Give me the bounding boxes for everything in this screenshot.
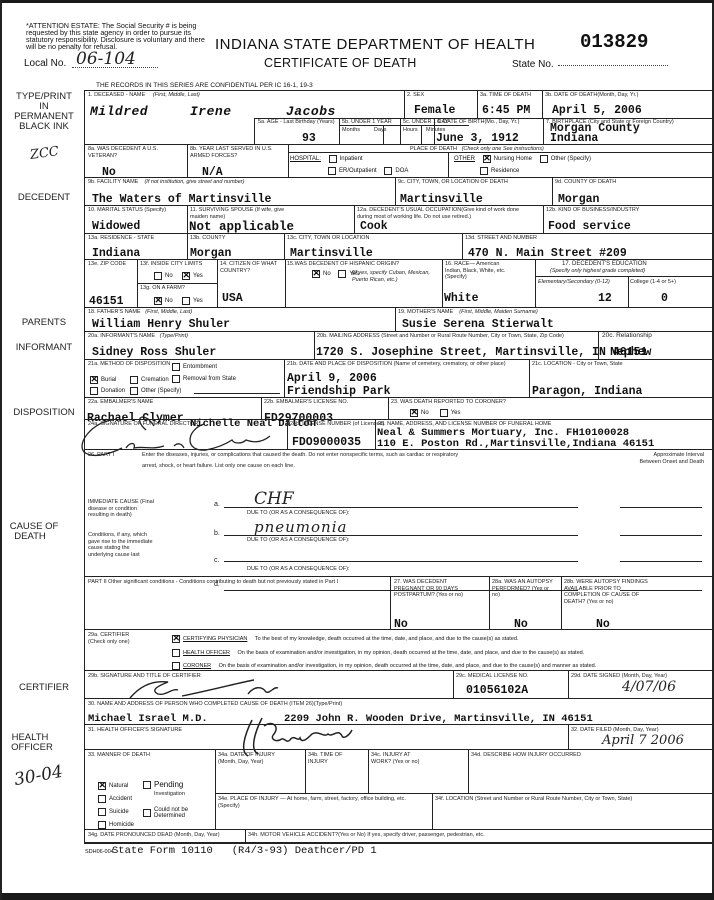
label-business: 12b. KIND OF BUSINESS/INDUSTRY <box>546 207 639 214</box>
checkbox-health-officer[interactable] <box>172 649 180 657</box>
label-part2: PART II Other significant conditions - C… <box>88 579 338 586</box>
side-black-ink: BLACK INK <box>4 122 84 132</box>
mother-name[interactable]: Susie Serena Stierwalt <box>402 318 554 331</box>
checkbox-other-disposition[interactable] <box>130 387 138 395</box>
part1-instructions-1: Enter the diseases, injuries, or complic… <box>142 452 458 459</box>
coroner-options: No Yes <box>410 409 460 417</box>
date-signed[interactable]: 4/07/06 <box>622 679 676 695</box>
checkbox-homicide[interactable] <box>98 821 106 829</box>
checkbox-other[interactable] <box>540 155 548 163</box>
side-officer: OFFICER <box>0 743 72 753</box>
marital-status[interactable]: Widowed <box>92 220 140 233</box>
checkbox-hispanic-no[interactable] <box>312 270 320 278</box>
label-veteran: 8a. WAS DECEDENT A U.S. VETERAN? <box>88 146 188 159</box>
citizen-country[interactable]: USA <box>222 292 243 305</box>
serial-number: 013829 <box>580 31 648 53</box>
checkbox-farm-yes[interactable] <box>182 297 190 305</box>
label-farm: 13g. ON A FARM? <box>140 285 185 292</box>
relationship[interactable]: Nephew <box>610 346 651 359</box>
label-days: Days <box>374 127 387 134</box>
label-city-limits: 13f. INSIDE CITY LIMITS <box>140 261 202 268</box>
label-date-of-death: 3b. DATE OF DEATH(Month, Day, Yr.) <box>545 92 638 99</box>
label-embalmer: 22a. EMBALMER'S NAME <box>88 399 153 406</box>
label-street: 13d. STREET AND NUMBER <box>465 235 537 242</box>
cause-a[interactable]: CHF <box>254 489 294 509</box>
funeral-director-license[interactable]: FDO9000035 <box>292 436 361 449</box>
confidential-notice: THE RECORDS IN THIS SERIES ARE CONFIDENT… <box>96 82 313 89</box>
side-decedent: DECEDENT <box>4 193 84 203</box>
label-disposition-place: 21b. DATE AND PLACE OF DISPOSITION (Name… <box>287 361 547 368</box>
first-name[interactable]: Mildred <box>90 104 148 119</box>
label-certifier-type: 29a. CERTIFIER (Check only one) <box>88 632 138 645</box>
label-injury-time: 34b. TIME OF INJURY <box>308 752 348 765</box>
label-res-county: 13b. COUNTY <box>190 235 225 242</box>
label-injury-date: 34a. DATE OF INJURY (Month, Day, Year) <box>218 752 278 765</box>
race-value[interactable]: White <box>444 292 479 305</box>
scan-edge-top <box>2 0 714 3</box>
label-res-city: 13c. CITY, TOWN OR LOCATION <box>287 235 369 242</box>
education-hint: (Specify only highest grade completed) <box>550 268 645 275</box>
label-injury-place: 34e. PLACE OF INJURY — At home, farm, st… <box>218 796 428 809</box>
label-zip: 13e. ZIP CODE <box>88 261 126 268</box>
checkbox-undetermined[interactable] <box>143 809 151 817</box>
date-filed[interactable]: April 7 2006 <box>602 733 684 748</box>
checkbox-coroner[interactable] <box>172 662 180 670</box>
label-elementary: Elementary/Secondary (0-12) <box>538 279 610 286</box>
side-parents: PARENTS <box>4 318 84 328</box>
label-year-served: 8b. YEAR LAST SERVED IN U.S. ARMED FORCE… <box>190 146 290 159</box>
checkbox-suicide[interactable] <box>98 808 106 816</box>
label-health-officer-signature: 31. HEALTH OFFICER'S SIGNATURE <box>88 727 182 734</box>
checkbox-accident[interactable] <box>98 795 106 803</box>
medical-license[interactable]: 01056102A <box>466 684 528 697</box>
label-sex: 2. SEX <box>407 92 424 99</box>
disposition-date[interactable]: April 9, 2006 <box>287 372 377 385</box>
label-disposition-location: 21c. LOCATION - City or Town, State <box>532 361 623 368</box>
label-college: College (1-4 or 5+) <box>630 279 676 286</box>
label-facility: 9b. FACILITY NAME (If not institution, g… <box>88 179 244 186</box>
last-name[interactable]: Jacobs <box>286 104 336 119</box>
label-county-of-death: 9d. COUNTY OF DEATH <box>555 179 616 186</box>
checkbox-farm-no[interactable] <box>154 297 162 305</box>
label-embalmer-license: 22b. EMBALMER'S LICENSE NO. <box>264 399 348 406</box>
label-time: 3a. TIME OF DEATH <box>480 92 531 99</box>
checkbox-entombment[interactable] <box>172 363 180 371</box>
other-options: OTHER Nursing Home Other (Specify) <box>454 155 591 163</box>
city-limits-options: No Yes <box>154 272 203 280</box>
occupation[interactable]: Cook <box>360 220 388 233</box>
middle-name[interactable]: Irene <box>190 104 232 119</box>
hispanic-hint: (If yes, specify Cuban, Mexican, Puerto … <box>352 270 432 283</box>
state-no-label: State No. <box>512 59 554 70</box>
checkbox-natural[interactable] <box>98 782 106 790</box>
side-informant: INFORMANT <box>4 343 84 353</box>
label-injury-location: 34f. LOCATION (Street and Number or Rura… <box>435 796 632 803</box>
line-c-marker: c. <box>214 558 219 565</box>
label-pronounced-dead: 34g. DATE PRONOUNCED DEAD (Month, Day, Y… <box>88 832 220 839</box>
hospital-options: HOSPITAL: Inpatient <box>290 155 363 163</box>
label-relationship: 20c. Relationship <box>602 333 652 340</box>
side-death: DEATH <box>0 532 70 542</box>
checkbox-doa[interactable] <box>384 167 392 175</box>
line-a-marker: a. <box>214 502 220 509</box>
side-certifier: CERTIFIER <box>4 683 84 693</box>
checkbox-pending[interactable] <box>143 781 151 789</box>
local-no-label: Local No. <box>24 58 66 69</box>
label-father: 18. FATHER'S NAME (First, Middle, Last) <box>88 309 192 316</box>
footer-code: SDH06-004 <box>85 849 114 855</box>
informant-name[interactable]: Sidney Ross Shuler <box>92 346 216 359</box>
footer-form-id: State Form 10110 (R4/3-93) Deathcer/PD 1 <box>112 845 377 857</box>
margin-note-code: 30-04 <box>13 762 65 790</box>
label-part1: 26. PART I <box>88 452 114 459</box>
farm-options: No Yes <box>154 297 203 305</box>
checkbox-inpatient[interactable] <box>329 155 337 163</box>
checkbox-donation[interactable] <box>90 387 98 395</box>
checkbox-coroner-no[interactable] <box>410 409 418 417</box>
label-immediate-cause: IMMEDIATE CAUSE (Final disease or condit… <box>88 499 158 519</box>
label-education: 17. DECEDENT'S EDUCATION <box>562 261 647 268</box>
due-to-b: DUE TO (OR AS A CONSEQUENCE OF): <box>247 537 349 544</box>
label-marital: 10. MARITAL STATUS (Specify) <box>88 207 168 214</box>
label-occupation: 12a. DECEDENT'S USUAL OCCUPATION(Give ki… <box>357 207 527 220</box>
label-injury-description: 34d. DESCRIBE HOW INJURY OCCURRED <box>471 752 581 759</box>
label-city-of-death: 9c. CITY, TOWN, OR LOCATION OF DEATH <box>398 179 508 186</box>
checkbox-er-outpatient[interactable] <box>328 167 336 175</box>
label-race: 16. RACE— American Indian, Black, White,… <box>445 261 515 281</box>
birthplace-line2[interactable]: Indiana <box>550 134 598 144</box>
checkbox-coroner-yes[interactable] <box>440 409 448 417</box>
checkbox-burial[interactable] <box>90 376 98 384</box>
business-industry[interactable]: Food service <box>548 220 631 233</box>
checkbox-nursing-home[interactable] <box>483 155 491 163</box>
education-elementary[interactable]: 12 <box>598 292 612 305</box>
attention-notice: *ATTENTION ESTATE: The Social Security #… <box>26 22 212 50</box>
agency-title: INDIANA STATE DEPARTMENT OF HEALTH <box>215 36 535 53</box>
label-disposition-method: 21a. METHOD OF DISPOSITION <box>88 361 170 368</box>
label-name: 1. DECEASED - NAME (First, Middle, Last) <box>88 92 200 99</box>
cause-b[interactable]: pneumonia <box>254 518 347 536</box>
date-of-death[interactable]: April 5, 2006 <box>552 104 642 117</box>
checkbox-certifying-physician[interactable] <box>172 635 180 643</box>
time-of-death[interactable]: 6:45 PM <box>482 104 530 117</box>
label-dob: 6. DATE OF BIRTH(Mo., Day, Yr.) <box>437 119 519 126</box>
label-injury-at-work: 34c. INJURY AT WORK? (Yes or no) <box>371 752 431 765</box>
label-res-state: 13a. RESIDENCE - STATE <box>88 235 154 242</box>
label-age: 5a. AGE - Last Birthday (Years) <box>258 119 338 126</box>
checkbox-city-limits-yes[interactable] <box>182 272 190 280</box>
sex-value[interactable]: Female <box>414 104 455 117</box>
label-mother: 19. MOTHER'S NAME (First, Middle, Maiden… <box>398 309 538 316</box>
death-certificate-page: *ATTENTION ESTATE: The Social Security #… <box>0 0 714 900</box>
label-interval: Approximate Interval Between Onset and D… <box>638 452 704 465</box>
label-completer: 30. NAME AND ADDRESS OF PERSON WHO COMPL… <box>88 701 342 708</box>
label-citizen: 14. CITIZEN OF WHAT COUNTRY? <box>220 261 280 274</box>
label-spouse: 11. SURVIVING SPOUSE (If wife, give maid… <box>190 207 290 220</box>
label-months: Months <box>342 127 360 134</box>
label-mailing-address: 20b. MAILING ADDRESS (Street and Number … <box>317 333 564 340</box>
label-hispanic: 15.WAS DECEDENT OF HISPANIC ORIGIN? <box>287 261 399 268</box>
due-to-c: DUE TO (OR AS A CONSEQUENCE OF): <box>247 566 349 573</box>
label-manner: 33. MANNER OF DEATH <box>88 752 150 759</box>
label-hours: Hours <box>403 127 418 134</box>
form-title: CERTIFICATE OF DEATH <box>264 56 417 70</box>
label-investigation: Investigation <box>154 791 185 798</box>
due-to-a: DUE TO (OR AS A CONSEQUENCE OF): <box>247 510 349 517</box>
side-disposition: DISPOSITION <box>4 408 84 418</box>
checkbox-hispanic-yes[interactable] <box>338 270 346 278</box>
label-coroner-reported: 23. WAS DEATH REPORTED TO CORONER? <box>391 399 506 406</box>
label-informant: 20a. INFORMANT'S NAME (Type/Print) <box>88 333 188 340</box>
checkbox-removal[interactable] <box>172 375 180 383</box>
label-autopsy-findings: 28b. WERE AUTOPSY FINDINGS AVAILABLE PRI… <box>564 579 652 605</box>
label-medical-license: 29c. MEDICAL LICENSE NO. <box>456 673 529 680</box>
education-college[interactable]: 0 <box>661 292 668 305</box>
father-name[interactable]: William Henry Shuler <box>92 318 230 331</box>
label-motor-vehicle: 34h. MOTOR VEHICLE ACCIDENT?(Yes or No) … <box>248 832 485 839</box>
margin-note-initials: ZCC <box>29 144 60 163</box>
label-conditions: Conditions, if any, which gave rise to t… <box>88 532 154 558</box>
state-no-field[interactable] <box>558 61 668 66</box>
checkbox-residence[interactable] <box>480 167 488 175</box>
label-fd-license: 24b. LICENSE NUMBER (of Licensee) <box>290 421 384 428</box>
label-autopsy: 28a. WAS AN AUTOPSY PERFORMED? (Yes or n… <box>492 579 554 599</box>
label-pregnant: 27. WAS DECEDENT PREGNANT OR 90 DAYS POS… <box>394 579 466 599</box>
checkbox-city-limits-no[interactable] <box>154 272 162 280</box>
line-b-marker: b. <box>214 531 220 538</box>
checkbox-cremation[interactable] <box>130 376 138 384</box>
scan-edge-bottom <box>2 893 714 900</box>
local-no-value: 06-104 <box>76 49 136 69</box>
surviving-spouse[interactable]: Not applicable <box>189 220 294 234</box>
part1-instructions-2: arrest, shock, or heart failure. List on… <box>142 463 295 470</box>
hospital-er-doa: ER/Outpatient DOA <box>328 167 408 175</box>
